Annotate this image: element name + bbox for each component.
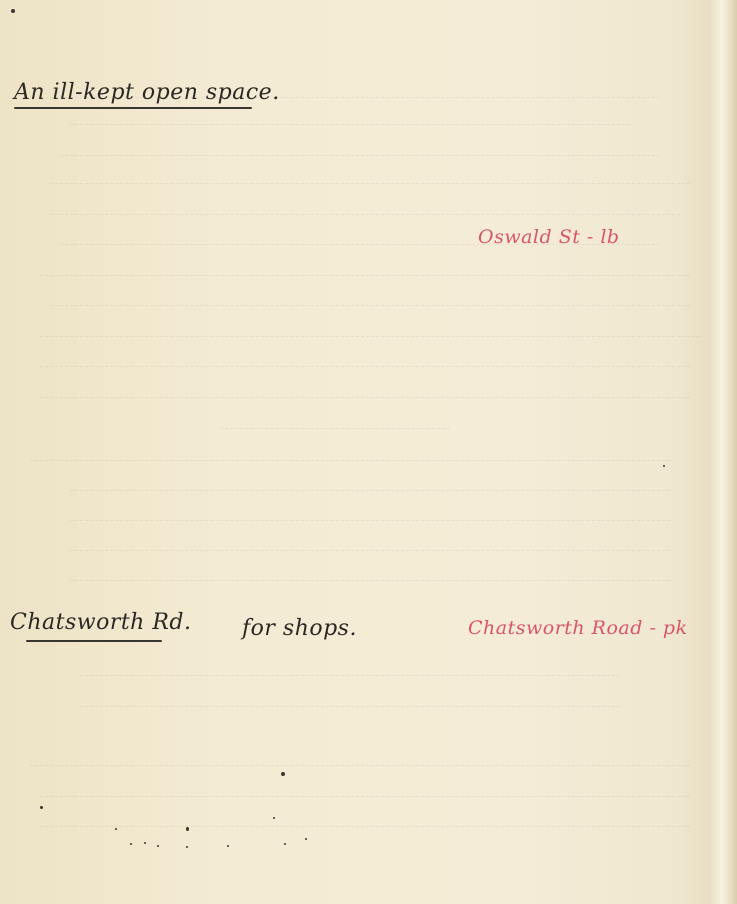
ink-speck xyxy=(157,845,159,847)
ink-speck xyxy=(144,842,146,844)
ink-speck xyxy=(11,9,15,13)
ink-speck xyxy=(227,845,229,847)
ink-speck xyxy=(40,806,43,809)
bleed-through-text xyxy=(0,0,707,904)
ink-speck xyxy=(130,843,132,845)
heading-1-underline xyxy=(14,107,252,109)
heading-chatsworth-rd: Chatsworth Rd. xyxy=(10,610,192,635)
heading-2-underline xyxy=(26,640,162,642)
ink-speck xyxy=(273,817,275,819)
ink-speck xyxy=(186,827,189,831)
ink-speck xyxy=(305,838,307,840)
ink-speck xyxy=(186,846,188,848)
page-edge xyxy=(711,0,737,904)
ink-speck xyxy=(663,465,665,467)
ink-speck xyxy=(115,828,117,830)
heading-ill-kept-open-space: An ill-kept open space. xyxy=(14,80,280,105)
margin-note-oswald-st: Oswald St - lb xyxy=(478,226,620,248)
notebook-page: An ill-kept open space. Oswald St - lb C… xyxy=(0,0,737,904)
note-for-shops: for shops. xyxy=(242,616,357,641)
ink-speck xyxy=(284,843,286,845)
ink-speck xyxy=(281,772,285,776)
margin-note-chatsworth-road: Chatsworth Road - pk xyxy=(468,617,688,639)
